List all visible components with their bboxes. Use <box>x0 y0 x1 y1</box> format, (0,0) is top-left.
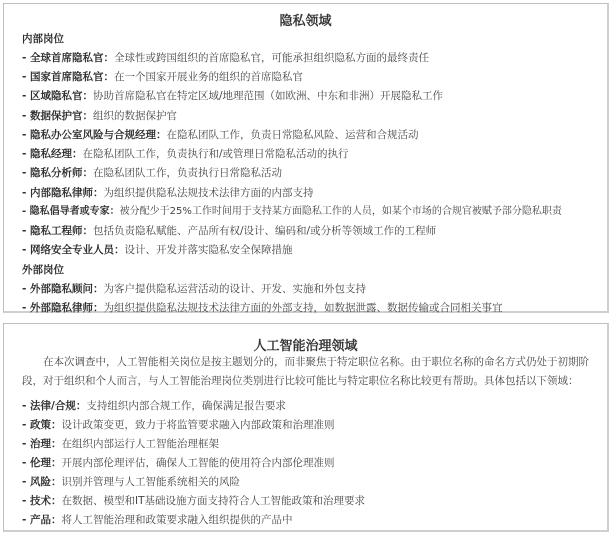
role-name: - 区域隐私官： <box>22 90 93 102</box>
role-name: - 国家首席隐私官： <box>22 71 114 83</box>
list-item: - 全球首席隐私官：全球性或跨国组织的首席隐私官，可能承担组织隐私方面的最终责任 <box>22 51 429 65</box>
role-desc: 为组织提供隐私法规技术法律方面的内部支持 <box>104 187 314 199</box>
privacy-domain-title: 隐私领域 <box>4 10 607 29</box>
role-name: - 外部隐私顾问： <box>22 283 104 295</box>
role-desc: 被分配少于25%工作时间用于支持某方面隐私工作的人员，如某个市场的合规官被赋予部… <box>120 206 562 217</box>
list-item: - 数据保护官：组织的数据保护官 <box>22 109 177 123</box>
role-desc: 在隐私团队工作，负责日常隐私风险、运营和合规活动 <box>167 129 419 141</box>
list-item: - 隐私分析师：在隐私团队工作，负责执行日常隐私活动 <box>22 166 282 180</box>
role-desc: 为组织提供隐私法规技术法律方面的外部支持，如数据泄露、数据传输或合同相关事宜 <box>104 302 503 314</box>
list-item: - 网络安全专业人员：设计、开发并落实隐私安全保障措施 <box>22 243 293 257</box>
role-name: - 全球首席隐私官： <box>22 52 114 64</box>
role-name: - 隐私经理： <box>22 148 83 160</box>
area-name: - 伦理： <box>22 457 62 469</box>
role-desc: 在隐私团队工作，负责执行日常隐私活动 <box>93 167 282 179</box>
ai-intro-paragraph: 在本次调查中，人工智能相关岗位是按主题划分的，而非聚焦于特定职位名称。由于职位名… <box>22 353 602 391</box>
area-desc: 设计政策变更，致力于将监管要求融入内部政策和治理准则 <box>62 419 335 431</box>
role-desc: 组织的数据保护官 <box>93 110 177 122</box>
ai-governance-title: 人工智能治理领域 <box>4 335 607 354</box>
role-desc: 为客户提供隐私运营活动的设计、开发、实施和外包支持 <box>104 283 367 295</box>
area-name: - 政策： <box>22 419 62 431</box>
role-name: - 网络安全专业人员： <box>22 244 125 256</box>
ai-governance-panel: 人工智能治理领域 在本次调查中，人工智能相关岗位是按主题划分的，而非聚焦于特定职… <box>3 323 609 532</box>
role-name: - 隐私倡导者或专家： <box>22 206 120 217</box>
role-desc: 协助首席隐私官在特定区域/地理范围（如欧洲、中东和非洲）开展隐私工作 <box>93 90 443 102</box>
area-desc: 支持组织内部合规工作，确保满足报告要求 <box>86 400 286 412</box>
role-name: - 隐私分析师： <box>22 167 93 179</box>
list-item: - 隐私倡导者或专家：被分配少于25%工作时间用于支持某方面隐私工作的人员，如某… <box>22 205 562 219</box>
role-desc: 包括负责隐私赋能、产品所有权/设计、编码和/或分析等领域工作的工程师 <box>93 225 436 237</box>
list-item: - 隐私经理：在隐私团队工作，负责执行和/或管理日常隐私活动的执行 <box>22 147 349 161</box>
list-item: - 外部隐私律师：为组织提供隐私法规技术法律方面的外部支持，如数据泄露、数据传输… <box>22 301 503 315</box>
role-desc: 在一个国家开展业务的组织的首席隐私官 <box>114 71 303 83</box>
role-desc: 全球性或跨国组织的首席隐私官，可能承担组织隐私方面的最终责任 <box>114 52 429 64</box>
role-name: - 隐私办公室风险与合规经理： <box>22 129 167 141</box>
area-name: - 技术： <box>22 495 62 507</box>
area-desc: 在数据、模型和IT基础设施方面支持符合人工智能政策和治理要求 <box>62 495 366 507</box>
list-item: - 区域隐私官：协助首席隐私官在特定区域/地理范围（如欧洲、中东和非洲）开展隐私… <box>22 89 443 103</box>
role-name: - 外部隐私律师： <box>22 302 104 314</box>
area-desc: 在组织内部运行人工智能治理框架 <box>62 438 220 450</box>
external-roles-heading: 外部岗位 <box>22 263 64 277</box>
area-name: - 治理： <box>22 438 62 450</box>
list-item: - 外部隐私顾问：为客户提供隐私运营活动的设计、开发、实施和外包支持 <box>22 282 366 296</box>
privacy-domain-panel: 隐私领域 内部岗位 - 全球首席隐私官：全球性或跨国组织的首席隐私官，可能承担组… <box>3 3 609 313</box>
list-item: - 隐私办公室风险与合规经理：在隐私团队工作，负责日常隐私风险、运营和合规活动 <box>22 128 419 142</box>
list-item: - 法律/合规：支持组织内部合规工作，确保满足报告要求 <box>22 399 286 413</box>
area-name: - 产品： <box>22 514 62 526</box>
internal-roles-heading: 内部岗位 <box>22 32 64 46</box>
area-desc: 将人工智能治理和政策要求融入组织提供的产品中 <box>62 514 293 526</box>
list-item: - 伦理：开展内部伦理评估，确保人工智能的使用符合内部伦理准则 <box>22 456 335 470</box>
role-name: - 隐私工程师： <box>22 225 93 237</box>
role-desc: 设计、开发并落实隐私安全保障措施 <box>125 244 293 256</box>
role-desc: 在隐私团队工作，负责执行和/或管理日常隐私活动的执行 <box>83 148 349 160</box>
list-item: - 隐私工程师：包括负责隐私赋能、产品所有权/设计、编码和/或分析等领域工作的工… <box>22 224 436 238</box>
role-name: - 内部隐私律师： <box>22 187 104 199</box>
area-name: - 法律/合规： <box>22 400 86 412</box>
list-item: - 政策：设计政策变更，致力于将监管要求融入内部政策和治理准则 <box>22 418 335 432</box>
list-item: - 风险：识别并管理与人工智能系统相关的风险 <box>22 475 240 489</box>
area-desc: 开展内部伦理评估，确保人工智能的使用符合内部伦理准则 <box>62 457 335 469</box>
list-item: - 产品：将人工智能治理和政策要求融入组织提供的产品中 <box>22 513 293 527</box>
list-item: - 内部隐私律师：为组织提供隐私法规技术法律方面的内部支持 <box>22 186 314 200</box>
list-item: - 技术：在数据、模型和IT基础设施方面支持符合人工智能政策和治理要求 <box>22 494 365 508</box>
area-desc: 识别并管理与人工智能系统相关的风险 <box>62 476 241 488</box>
area-name: - 风险： <box>22 476 62 488</box>
list-item: - 国家首席隐私官：在一个国家开展业务的组织的首席隐私官 <box>22 70 303 84</box>
list-item: - 治理：在组织内部运行人工智能治理框架 <box>22 437 219 451</box>
role-name: - 数据保护官： <box>22 110 93 122</box>
